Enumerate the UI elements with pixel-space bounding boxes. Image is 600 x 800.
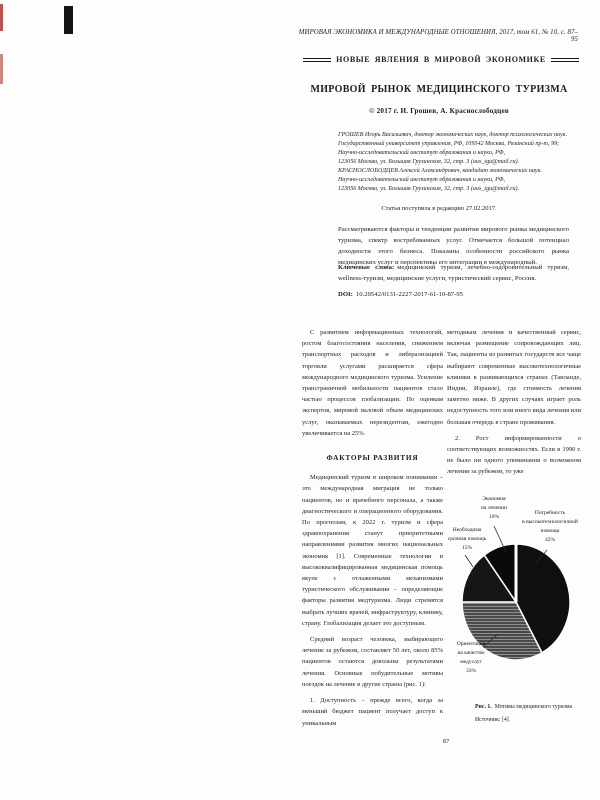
page-number: 87 <box>434 738 458 745</box>
paragraph-treatment-methods: методикам лечения и качественный сервис,… <box>447 327 581 428</box>
section-banner: НОВЫЕ ЯВЛЕНИЯ В МИРОВОЙ ЭКОНОМИКЕ <box>303 55 579 64</box>
pie-label-economy: Экономия на лечении 10% <box>468 495 520 522</box>
scan-corner-bar <box>64 6 73 34</box>
article-byline: © 2017 г. И. Грошев, А. Краснослободцев <box>298 107 580 115</box>
affiliations-block: ГРОШЕВ Игорь Васильевич, доктор экономич… <box>338 131 580 194</box>
scan-edge-mark <box>0 4 3 31</box>
pie-label-hightech-need: Потребность в высокотехнологичной помощи… <box>520 509 580 545</box>
doi-line: DOI:10.20542/0131-2227-2017-61-10-87-95 <box>338 291 569 298</box>
figure-caption: Рис. 1.Мотивы медицинского туризма <box>475 703 577 711</box>
affiliation-line: Научно-исследовательский институт образо… <box>338 149 580 158</box>
section-banner-title: НОВЫЕ ЯВЛЕНИЯ В МИРОВОЙ ЭКОНОМИКЕ <box>336 55 546 64</box>
body-right-column: методикам лечения и качественный сервис,… <box>447 327 581 483</box>
scan-edge-mark <box>0 54 3 84</box>
doi-value: 10.20542/0131-2227-2017-61-10-87-95 <box>356 291 463 298</box>
pie-label-urgent-help: Необходима срочная помощь 15% <box>442 526 492 553</box>
paragraph-motive-2: 2. Рост информированности о соответствую… <box>447 433 581 478</box>
paragraph-intro: С развитием информационных технологий, р… <box>302 327 443 439</box>
paragraph-average-age: Средний возраст человека, выбирающего ле… <box>302 634 443 690</box>
affiliation-line: 123056 Москва, ул. Большая Грузинская, 3… <box>338 158 580 167</box>
affiliation-line: КРАСНОСЛОБОДЦЕВ Алексей Александрович, к… <box>338 167 580 176</box>
banner-rule-right <box>551 58 579 62</box>
keywords-label: Ключевые слова: <box>338 264 394 271</box>
figure-caption-text: Мотивы медицинского туризма <box>495 704 572 710</box>
keywords-block: Ключевые слова:медицинский туризм, лечеб… <box>338 263 569 284</box>
figure-caption-label: Рис. 1. <box>475 704 492 710</box>
figure-source: Источник: [4]. <box>475 717 577 723</box>
paragraph-medtourism-definition: Медицинский туризм в широком понимании –… <box>302 472 443 629</box>
abstract: Рассматриваются факторы и тенденции разв… <box>338 224 569 268</box>
received-date-line: Статья поступила в редакцию 27.02.2017. <box>298 205 580 212</box>
affiliation-line: ГРОШЕВ Игорь Васильевич, доктор экономич… <box>338 131 580 140</box>
banner-rule-left <box>303 58 331 62</box>
affiliation-line: Государственный университет управления, … <box>338 140 580 149</box>
body-left-column: С развитием информационных технологий, р… <box>302 327 443 734</box>
paragraph-motive-1: 1. Доступность – прежде всего, когда за … <box>302 695 443 729</box>
article-title: МИРОВОЙ РЫНОК МЕДИЦИНСКОГО ТУРИЗМА <box>298 84 580 95</box>
affiliation-line: 123056 Москва, ул. Большая Грузинская, 3… <box>338 185 580 194</box>
doi-label: DOI: <box>338 291 353 298</box>
section-heading-factors: ФАКТОРЫ РАЗВИТИЯ <box>302 452 443 463</box>
scanned-paper-page: МИРОВАЯ ЭКОНОМИКА И МЕЖДУНАРОДНЫЕ ОТНОШЕ… <box>0 0 600 800</box>
journal-header: МИРОВАЯ ЭКОНОМИКА И МЕЖДУНАРОДНЫЕ ОТНОШЕ… <box>298 29 578 43</box>
affiliation-line: Научно-исследовательский институт образо… <box>338 176 580 185</box>
pie-label-quality-focus: Ориентация на качество медуслуг 33% <box>445 640 497 676</box>
